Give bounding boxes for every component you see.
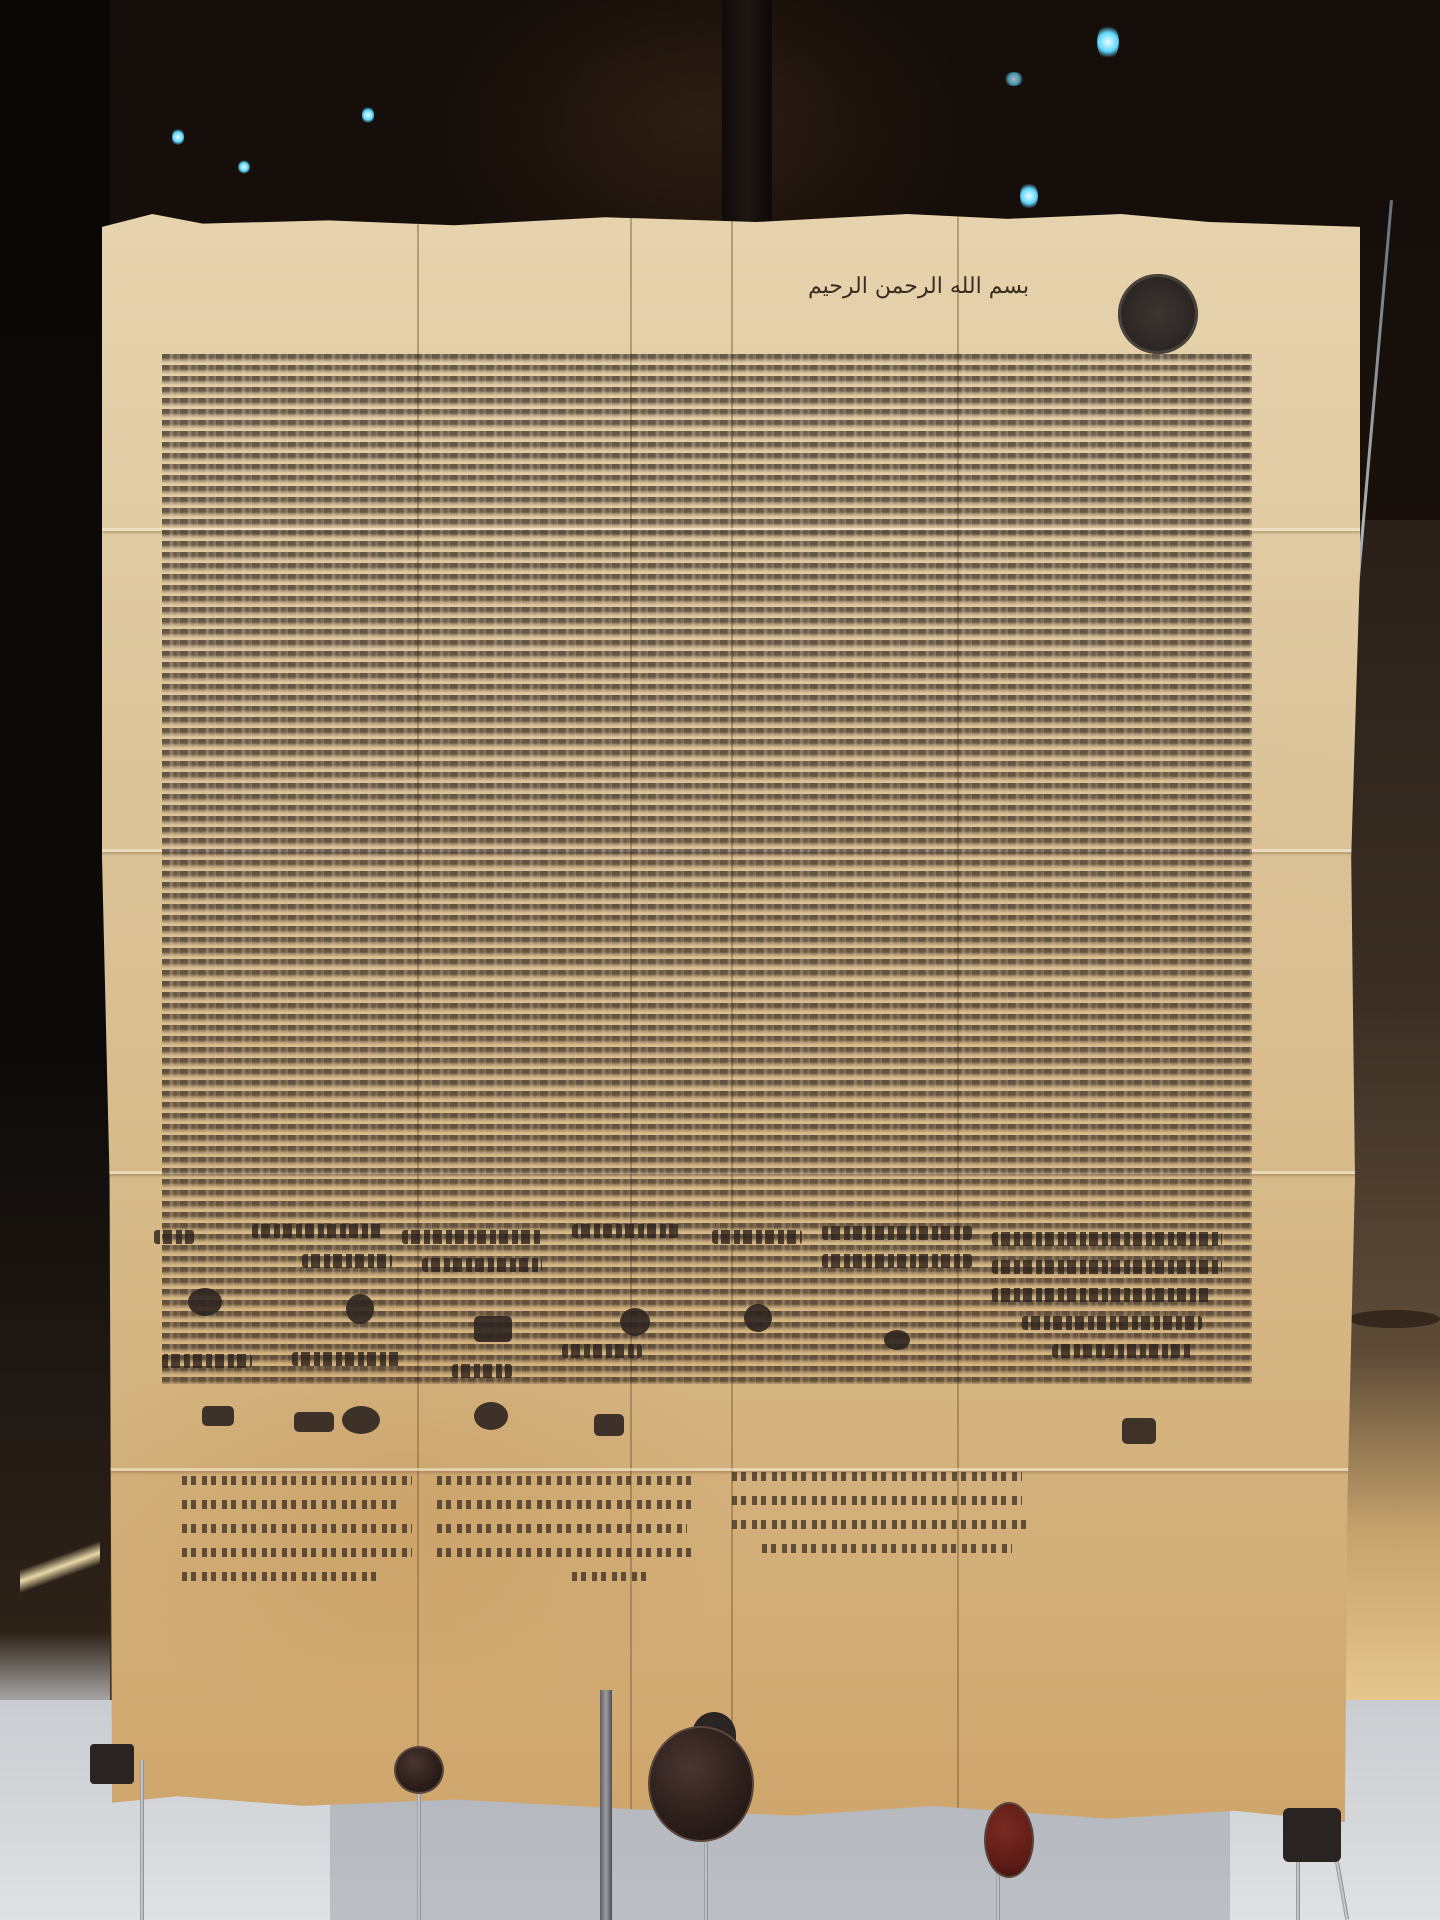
stand-rod xyxy=(417,1790,421,1920)
central-stand-rod xyxy=(600,1690,612,1920)
signature-line xyxy=(822,1226,972,1240)
seal-impression xyxy=(594,1414,624,1436)
ceiling-light xyxy=(362,106,374,124)
note-line xyxy=(182,1500,402,1509)
signature-line xyxy=(302,1254,392,1268)
seal-impression xyxy=(1122,1418,1156,1444)
seal-impression xyxy=(188,1288,222,1316)
ceiling-light xyxy=(1020,182,1038,210)
stand-rod xyxy=(140,1760,144,1920)
signature-line xyxy=(162,1354,252,1368)
left-gallery-shadow xyxy=(0,0,110,1920)
note-line xyxy=(437,1548,697,1557)
ceiling-light xyxy=(1004,72,1024,86)
signature-line xyxy=(402,1230,542,1244)
manuscript: بسم الله الرحمن الرحيم xyxy=(102,214,1360,1822)
signature-line xyxy=(822,1254,972,1268)
note-line xyxy=(182,1548,412,1557)
signature-line xyxy=(992,1260,1222,1274)
note-line xyxy=(732,1496,1022,1505)
note-line xyxy=(437,1476,697,1485)
ceiling-light xyxy=(1097,24,1119,60)
signature-line xyxy=(292,1352,402,1366)
signature-line xyxy=(422,1258,542,1272)
fold-line xyxy=(102,1468,1360,1471)
seal-stamp-square xyxy=(90,1744,134,1784)
signature-line xyxy=(992,1288,1212,1302)
note-line xyxy=(732,1520,1032,1529)
signature-line xyxy=(712,1230,802,1244)
signature-line xyxy=(252,1224,382,1238)
signature-line xyxy=(154,1230,194,1244)
stand-rod xyxy=(1296,1860,1300,1920)
seal-impression xyxy=(346,1294,374,1324)
note-line xyxy=(437,1500,697,1509)
light-reflection xyxy=(20,1510,100,1630)
seal-impression xyxy=(294,1412,334,1432)
seal-impression xyxy=(474,1402,508,1430)
stand-rod xyxy=(704,1830,708,1920)
seal-stamp-oval-large xyxy=(648,1726,754,1842)
wall-shadow xyxy=(1348,1310,1440,1328)
seal-impression xyxy=(884,1330,910,1350)
seal-impression xyxy=(744,1304,772,1332)
note-line xyxy=(762,1544,1012,1553)
seal-stamp-oval-red xyxy=(984,1802,1034,1878)
seal-impression xyxy=(342,1406,380,1434)
note-line xyxy=(182,1476,412,1485)
signature-line xyxy=(562,1344,642,1358)
signature-line xyxy=(572,1224,682,1238)
seal-stamp-square xyxy=(1283,1808,1341,1862)
basmala-heading: بسم الله الرحمن الرحيم xyxy=(808,274,1029,299)
seal-impression xyxy=(474,1316,512,1342)
signature-line xyxy=(1022,1316,1202,1330)
note-line xyxy=(732,1472,1022,1481)
signature-line xyxy=(452,1364,512,1378)
seal-impression xyxy=(620,1308,650,1336)
ceiling-light xyxy=(238,160,250,174)
seal-impression xyxy=(202,1406,234,1426)
seal-stamp-oval-small xyxy=(394,1746,444,1794)
signature-line xyxy=(1052,1344,1192,1358)
ceiling-light xyxy=(172,128,184,146)
signature-line xyxy=(992,1232,1222,1246)
right-stone-wall xyxy=(1345,520,1440,1710)
note-line xyxy=(182,1572,382,1581)
note-line xyxy=(437,1524,687,1533)
display-post xyxy=(722,0,772,230)
seal-icon xyxy=(1118,274,1198,354)
note-line xyxy=(572,1572,652,1581)
note-line xyxy=(182,1524,412,1533)
